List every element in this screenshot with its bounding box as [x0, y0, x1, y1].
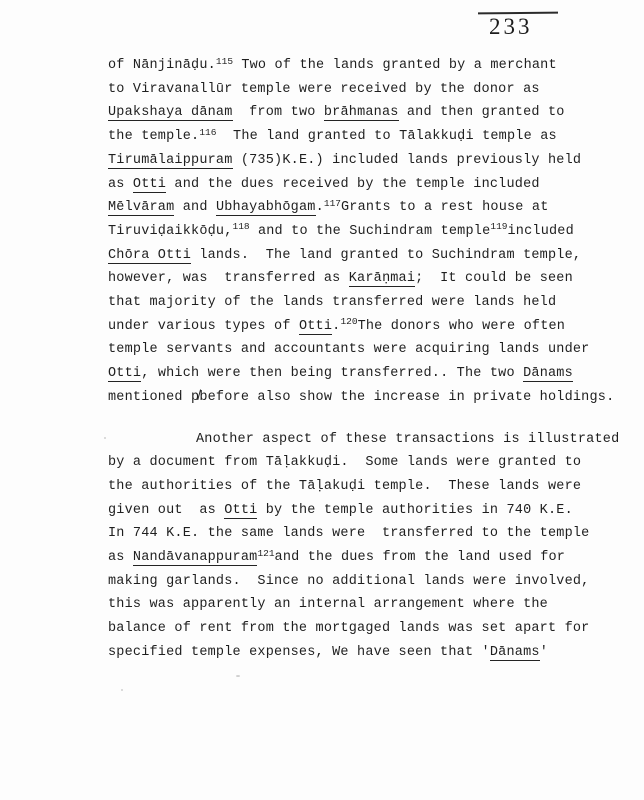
- text-segment: and to the Suchindram temple: [250, 224, 491, 239]
- footnote-ref: 120: [340, 316, 357, 327]
- text-segment: under various types of: [108, 319, 299, 334]
- underlined-term: Upakshaya dānam: [108, 105, 233, 121]
- underlined-term: Dānams: [490, 645, 540, 661]
- document-text-block: of Nānjināḍu.115 Two of the lands grante…: [108, 54, 638, 665]
- text-line: to Viravanallūr temple were received by …: [108, 78, 638, 102]
- underlined-term: Chōra Otti: [108, 248, 191, 264]
- text-segment: however, was transferred as: [108, 271, 349, 286]
- scan-speck: [236, 675, 240, 677]
- underlined-term: Mēlvāram: [108, 200, 174, 216]
- text-line: Tiruviḍaikkōḍu,118 and to the Suchindram…: [108, 220, 638, 244]
- text-line: this was apparently an internal arrangem…: [108, 593, 638, 617]
- underlined-term: Otti: [108, 366, 141, 382]
- text-segment: Another aspect of these transactions is …: [196, 432, 619, 447]
- text-segment: balance of rent from the mortgaged lands…: [108, 621, 589, 636]
- text-line: Otti, which were then being transferred.…: [108, 362, 638, 386]
- text-line: making garlands. Since no additional lan…: [108, 570, 638, 594]
- text-segment: Two of the lands granted by a merchant: [233, 58, 557, 73]
- footnote-ref: 115: [216, 56, 233, 67]
- footnote-ref: 116: [199, 127, 216, 138]
- scanned-document-page: 233 of Nānjināḍu.115 Two of the lands gr…: [0, 0, 644, 800]
- text-line: Another aspect of these transactions is …: [108, 428, 638, 452]
- text-segment: Grants to a rest house at: [341, 200, 549, 215]
- text-segment: ': [540, 645, 548, 660]
- text-segment: In 744 K.E. the same lands were transfer…: [108, 526, 589, 541]
- text-segment: and then granted to: [399, 105, 565, 120]
- text-line: by a document from Tāḷakkuḍi. Some lands…: [108, 451, 638, 475]
- text-segment: and the dues received by the temple incl…: [166, 177, 540, 192]
- text-segment: mentioned p̸before also show the increas…: [108, 390, 614, 405]
- text-segment: included: [508, 224, 574, 239]
- text-line: however, was transferred as Karāṇmai; It…: [108, 267, 638, 291]
- text-line: balance of rent from the mortgaged lands…: [108, 617, 638, 641]
- text-segment: to Viravanallūr temple were received by …: [108, 82, 540, 97]
- paragraph-1: of Nānjināḍu.115 Two of the lands grante…: [108, 54, 638, 410]
- text-segment: given out as: [108, 503, 224, 518]
- text-segment: by a document from Tāḷakkuḍi. Some lands…: [108, 455, 581, 470]
- text-segment: from two: [233, 105, 324, 120]
- text-line: specified temple expenses, We have seen …: [108, 641, 638, 665]
- page-number: 233: [489, 14, 533, 40]
- text-segment: .: [316, 200, 324, 215]
- text-segment: of Nānjināḍu.: [108, 58, 216, 73]
- underlined-term: Otti: [299, 319, 332, 335]
- footnote-ref: 119: [490, 221, 507, 232]
- text-segment: and: [174, 200, 216, 215]
- text-segment: that majority of the lands transferred w…: [108, 295, 556, 310]
- text-segment: Tiruviḍaikkōḍu,: [108, 224, 233, 239]
- text-line: that majority of the lands transferred w…: [108, 291, 638, 315]
- text-segment: The donors who were often: [358, 319, 566, 334]
- footnote-ref: 117: [324, 198, 341, 209]
- text-line: given out as Otti by the temple authorit…: [108, 499, 638, 523]
- underlined-term: Otti: [224, 503, 257, 519]
- text-segment: lands. The land granted to Suchindram te…: [191, 248, 581, 263]
- text-line: temple servants and accountants were acq…: [108, 338, 638, 362]
- text-line: mentioned p̸before also show the increas…: [108, 386, 638, 410]
- underlined-term: Karāṇmai: [349, 271, 415, 287]
- paragraph-2: Another aspect of these transactions is …: [108, 428, 638, 665]
- text-segment: specified temple expenses, We have seen …: [108, 645, 490, 660]
- scan-speck: [104, 437, 106, 439]
- text-segment: as: [108, 177, 133, 192]
- underlined-term: Tirumālaippuram: [108, 153, 233, 169]
- text-line: of Nānjināḍu.115 Two of the lands grante…: [108, 54, 638, 78]
- underlined-term: Dānams: [523, 366, 573, 382]
- underlined-term: brāhmanas: [324, 105, 399, 121]
- footnote-ref: 118: [233, 221, 250, 232]
- text-line: Tirumālaippuram (735)K.E.) included land…: [108, 149, 638, 173]
- underlined-term: Nandāvanappuram: [133, 550, 258, 566]
- text-segment: (735)K.E.) included lands previously hel…: [233, 153, 582, 168]
- text-line: Chōra Otti lands. The land granted to Su…: [108, 244, 638, 268]
- text-segment: the temple.: [108, 129, 199, 144]
- text-line: the authorities of the Tāḷakuḍi temple. …: [108, 475, 638, 499]
- text-segment: this was apparently an internal arrangem…: [108, 597, 548, 612]
- text-line: In 744 K.E. the same lands were transfer…: [108, 522, 638, 546]
- text-segment: and the dues from the land used for: [275, 550, 566, 565]
- footnote-ref: 121: [257, 548, 274, 559]
- text-segment: as: [108, 550, 133, 565]
- text-segment: making garlands. Since no additional lan…: [108, 574, 589, 589]
- text-line: Mēlvāram and Ubhayabhōgam.117Grants to a…: [108, 196, 638, 220]
- text-line: under various types of Otti.120The donor…: [108, 315, 638, 339]
- text-segment: by the temple authorities in 740 K.E.: [257, 503, 572, 518]
- text-line: as Otti and the dues received by the tem…: [108, 173, 638, 197]
- text-segment: ; It could be seen: [415, 271, 573, 286]
- text-segment: temple servants and accountants were acq…: [108, 342, 589, 357]
- underlined-term: Ubhayabhōgam: [216, 200, 316, 216]
- text-segment: The land granted to Tālakkuḍi temple as: [216, 129, 556, 144]
- text-segment: the authorities of the Tāḷakuḍi temple. …: [108, 479, 581, 494]
- text-line: the temple.116 The land granted to Tālak…: [108, 125, 638, 149]
- scan-speck: [121, 689, 123, 691]
- underlined-term: Otti: [133, 177, 166, 193]
- text-line: as Nandāvanappuram121and the dues from t…: [108, 546, 638, 570]
- text-segment: , which were then being transferred.. Th…: [141, 366, 523, 381]
- text-line: Upakshaya dānam from two brāhmanas and t…: [108, 101, 638, 125]
